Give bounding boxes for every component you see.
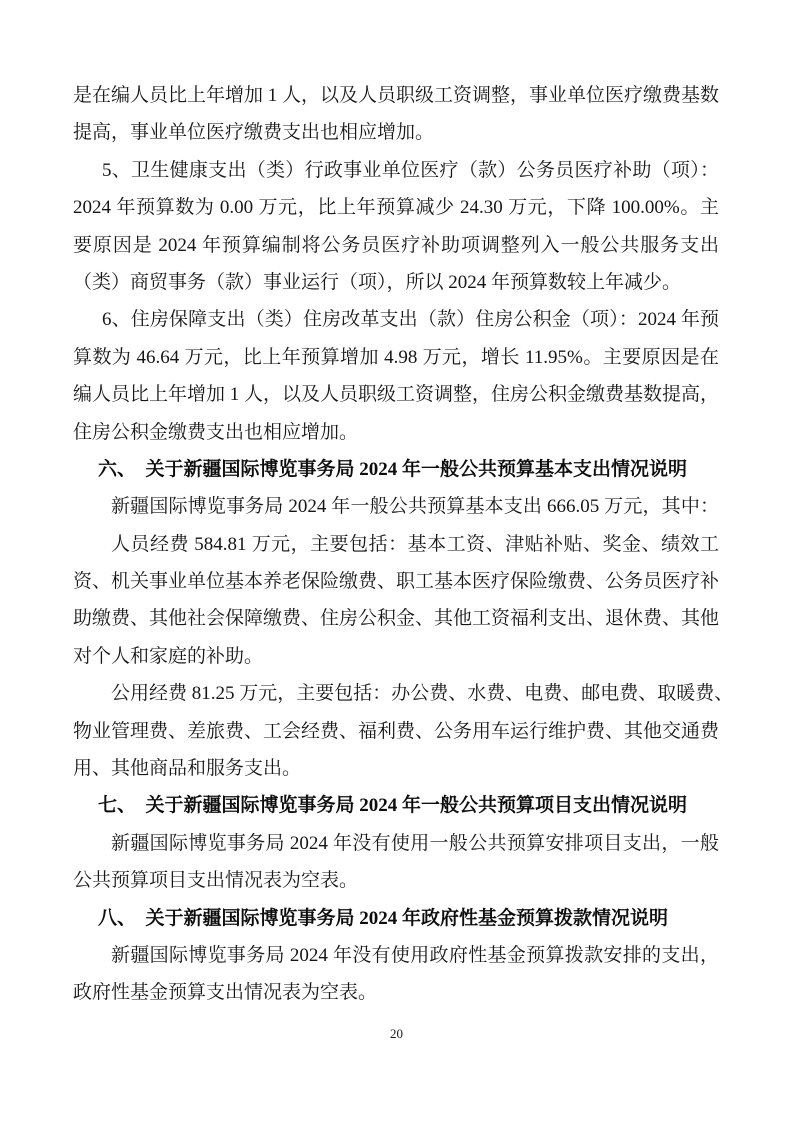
text-line: 编人员比上年增加 1 人，以及人员职级工资调整，住房公积金缴费基数提高，: [73, 376, 719, 413]
text-line: 物业管理费、差旅费、工会经费、福利费、公务用车运行维护费、其他交通费: [73, 713, 719, 750]
text-line: 新疆国际博览事务局 2024 年一般公共预算基本支出 666.05 万元，其中：: [73, 488, 719, 525]
text-line: 资、机关事业单位基本养老保险缴费、职工基本医疗保险缴费、公务员医疗补: [73, 563, 719, 600]
text-line: 是在编人员比上年增加 1 人，以及人员职级工资调整，事业单位医疗缴费基数: [73, 77, 719, 114]
section-heading: 七、 关于新疆国际博览事务局 2024 年一般公共预算项目支出情况说明: [73, 787, 719, 824]
text-line: 提高，事业单位医疗缴费支出也相应增加。: [73, 114, 719, 151]
text-line: 人员经费 584.81 万元，主要包括：基本工资、津贴补贴、奖金、绩效工: [73, 526, 719, 563]
section-heading: 八、 关于新疆国际博览事务局 2024 年政府性基金预算拨款情况说明: [73, 900, 719, 937]
text-line: 新疆国际博览事务局 2024 年没有使用一般公共预算安排项目支出，一般: [73, 825, 719, 862]
document-page: 是在编人员比上年增加 1 人，以及人员职级工资调整，事业单位医疗缴费基数提高，事…: [0, 0, 793, 1122]
text-line: 公用经费 81.25 万元，主要包括：办公费、水费、电费、邮电费、取暖费、: [73, 675, 719, 712]
text-line: 6、住房保障支出（类）住房改革支出（款）住房公积金（项）：2024 年预: [73, 301, 719, 338]
text-line: 2024 年预算数为 0.00 万元，比上年预算减少 24.30 万元，下降 1…: [73, 189, 719, 226]
text-line: 用、其他商品和服务支出。: [73, 750, 719, 787]
text-line: 新疆国际博览事务局 2024 年没有使用政府性基金预算拨款安排的支出，: [73, 937, 719, 974]
text-line: 对个人和家庭的补助。: [73, 638, 719, 675]
text-line: 5、卫生健康支出（类）行政事业单位医疗（款）公务员医疗补助（项）：: [73, 152, 719, 189]
text-line: （类）商贸事务（款）事业运行（项），所以 2024 年预算数较上年减少。: [73, 264, 719, 301]
text-line: 住房公积金缴费支出也相应增加。: [73, 414, 719, 451]
document-content: 是在编人员比上年增加 1 人，以及人员职级工资调整，事业单位医疗缴费基数提高，事…: [73, 77, 719, 1012]
page-number: 20: [0, 1025, 793, 1043]
text-line: 算数为 46.64 万元，比上年预算增加 4.98 万元，增长 11.95%。主…: [73, 339, 719, 376]
text-line: 政府性基金预算支出情况表为空表。: [73, 974, 719, 1011]
text-line: 助缴费、其他社会保障缴费、住房公积金、其他工资福利支出、退休费、其他: [73, 600, 719, 637]
text-line: 要原因是 2024 年预算编制将公务员医疗补助项调整列入一般公共服务支出: [73, 227, 719, 264]
section-heading: 六、 关于新疆国际博览事务局 2024 年一般公共预算基本支出情况说明: [73, 451, 719, 488]
text-line: 公共预算项目支出情况表为空表。: [73, 862, 719, 899]
